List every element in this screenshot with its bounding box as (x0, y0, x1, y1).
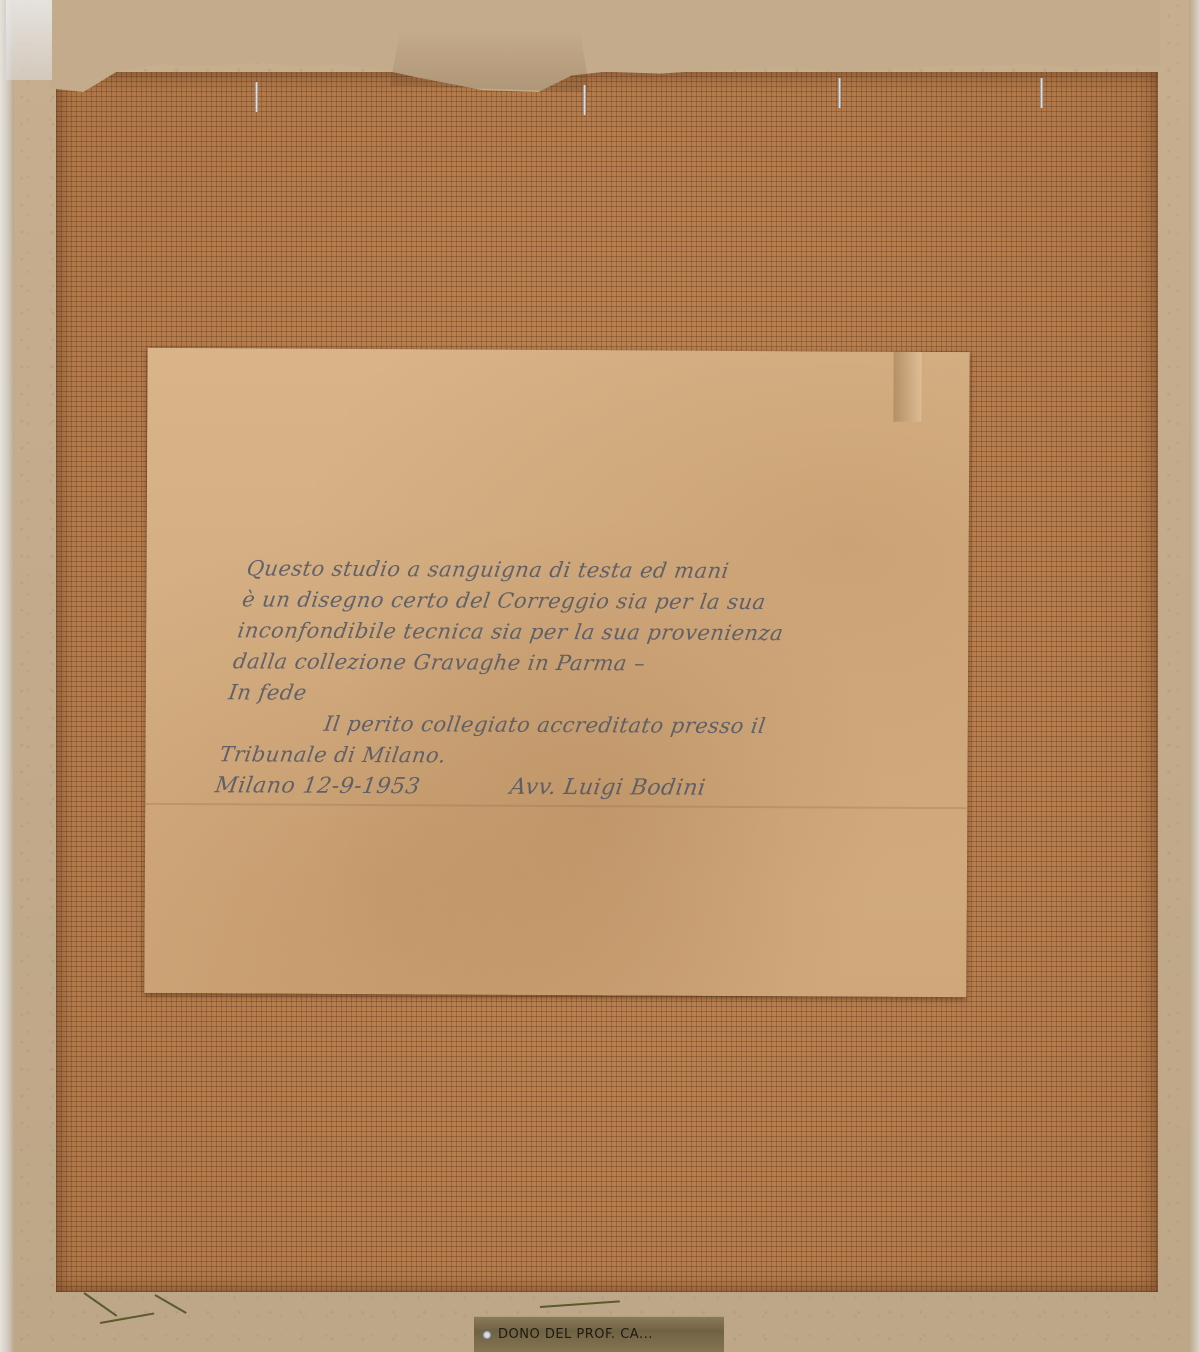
grass-strand (83, 1292, 117, 1317)
donor-plaque: DONO DEL PROF. CA... (474, 1316, 724, 1352)
grass-strand (540, 1300, 620, 1308)
note-line: Tribunale di Milano. (217, 739, 952, 774)
tape-strip (6, 0, 52, 80)
note-text: Questo studio a sanguigna di testa ed ma… (213, 553, 979, 805)
note-line: è un disegno certo del Correggio sia per… (240, 584, 975, 619)
nail-icon (1040, 78, 1043, 108)
note-line: In fede (226, 677, 961, 712)
screw-icon (482, 1330, 492, 1340)
note-corner-curl (893, 352, 921, 422)
note-line: Il perito collegiato accreditato presso … (222, 708, 957, 743)
signature: Avv. Luigi Bodini (508, 772, 708, 804)
nail-icon (583, 85, 586, 115)
place-date: Milano 12-9-1953 (213, 770, 422, 802)
frame-backing: Questo studio a sanguigna di testa ed ma… (0, 0, 1199, 1352)
note-footer: Milano 12-9-1953 Avv. Luigi Bodini (213, 770, 948, 805)
grass-strand (100, 1312, 155, 1324)
note-line: Questo studio a sanguigna di testa ed ma… (245, 553, 980, 588)
grass-strand (155, 1294, 187, 1314)
handwritten-note: Questo studio a sanguigna di testa ed ma… (144, 348, 969, 997)
torn-paper-flap-shadow (390, 30, 590, 92)
frame-left-edge (0, 0, 14, 1352)
nail-icon (838, 78, 841, 108)
nail-icon (255, 82, 258, 112)
frame-right-edge (1189, 0, 1199, 1352)
note-line: inconfondibile tecnica sia per la sua pr… (235, 615, 970, 650)
plaque-text: DONO DEL PROF. CA... (498, 1327, 653, 1342)
note-line: dalla collezione Gravaghe in Parma – (231, 646, 966, 681)
